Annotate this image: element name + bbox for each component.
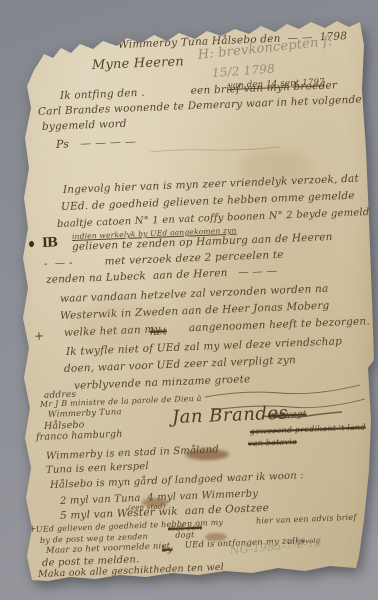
struck-word: het: [150, 326, 167, 338]
address-line: Wimmerby Tuna: [48, 408, 122, 420]
address-line: franco hamburgh: [36, 430, 123, 444]
margin-monogram: IB: [42, 236, 58, 251]
ps-mark: Ps — — — —: [56, 136, 137, 151]
body-line: verblyvende na minzame groete: [74, 374, 251, 392]
address-flourish-stroke: [205, 385, 360, 397]
salutation: Myne Heeren: [92, 55, 185, 73]
struck-word: verwagt: [268, 411, 307, 422]
body-line: zenden na Lubeck aan de Heren — — —: [46, 266, 278, 286]
note-line: Wimmerby is en stad in Småland: [46, 444, 219, 462]
note-line: Tuna is een kerspel: [46, 461, 149, 476]
line-bygemeld: bygemeld word: [42, 119, 127, 134]
screenshot-root: { "colors": { "mat": "#8d8f97", "paper":…: [0, 0, 378, 600]
body-line: doen, waar voor UEd zeer zal verpligt zy…: [64, 355, 296, 375]
margin-plus-mark: +: [34, 330, 45, 344]
faint-dash-stroke: [150, 147, 280, 152]
struck-word: van batavia: [248, 438, 297, 449]
struck-word: by: [162, 546, 173, 556]
ink-dot: [29, 241, 34, 247]
body-line: Ik twyfle niet of UEd zal my wel deze vr…: [66, 336, 342, 358]
archival-overlay-date: 15/2 1798: [212, 63, 276, 81]
letter-paper: Wimmerby Tuna Hålsebo den — — 1798 Myne …: [0, 0, 378, 600]
struck-word: gewezend predikant 't land: [250, 424, 366, 437]
letter-paper-wrapper: Wimmerby Tuna Hålsebo den — — 1798 Myne …: [0, 0, 378, 600]
